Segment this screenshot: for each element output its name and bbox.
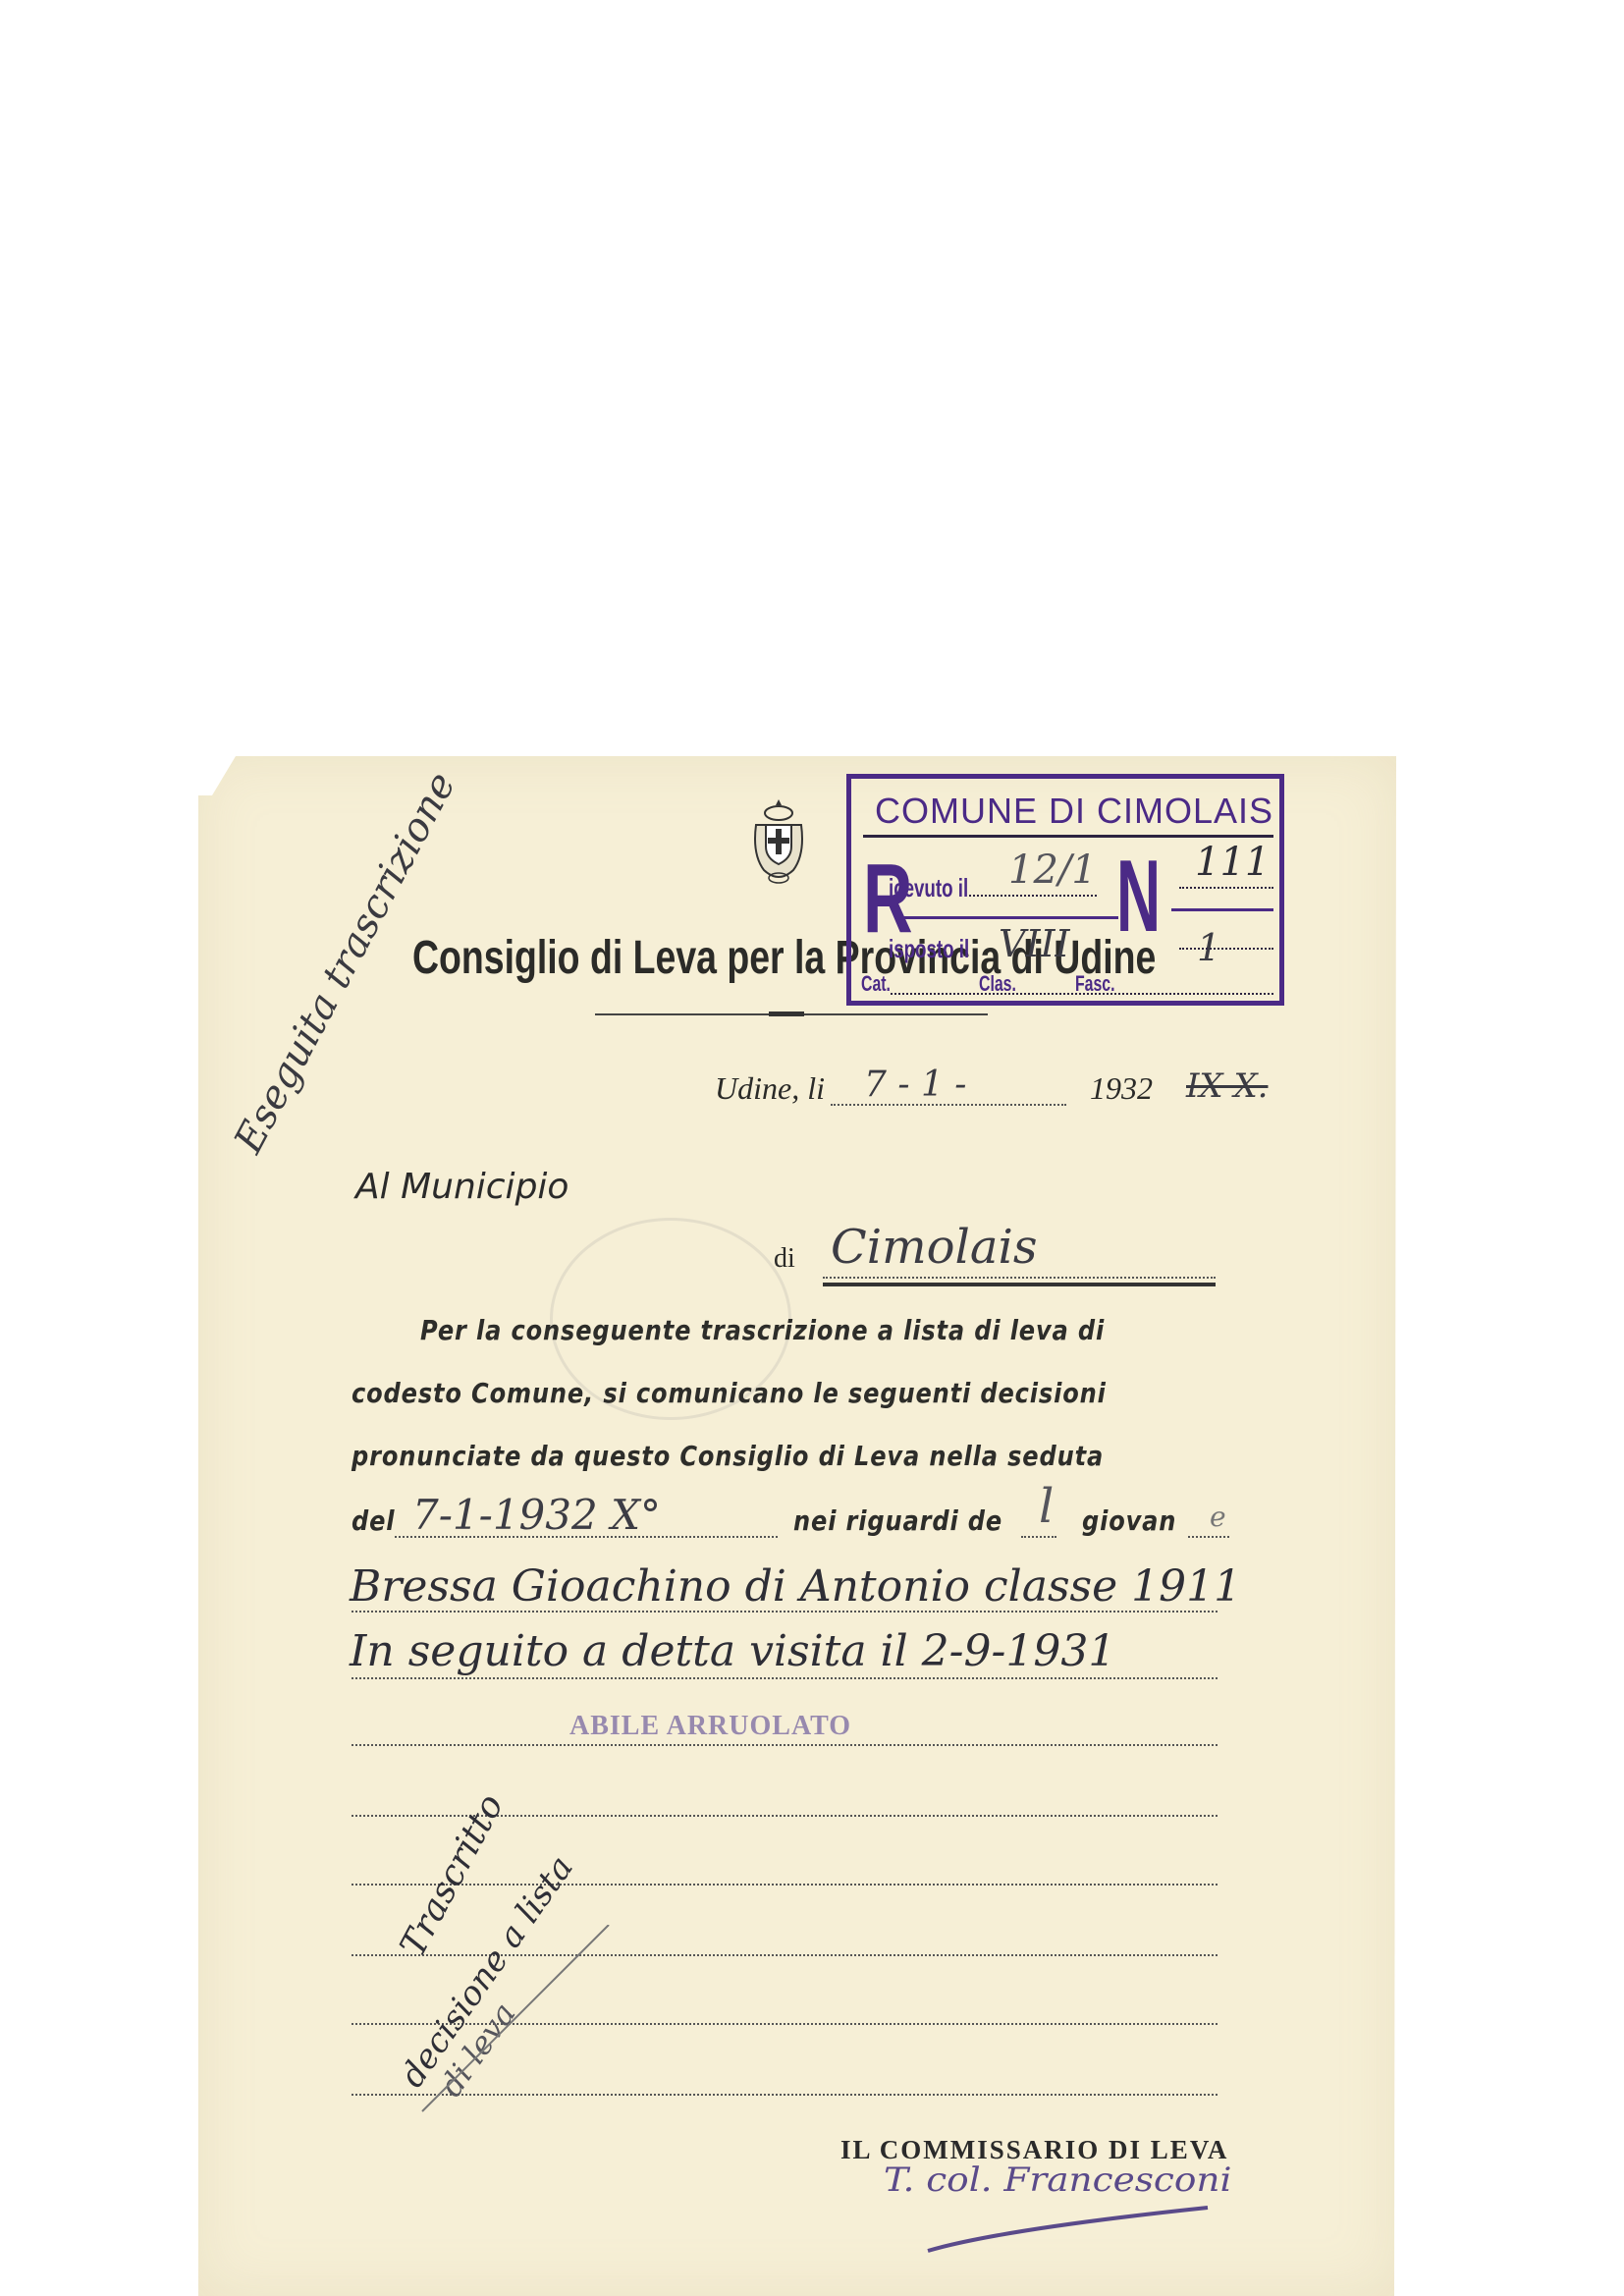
place-date-line: Udine, li [715,1070,825,1107]
body-line-3: pronunciate da questo Consiglio di Leva … [352,1440,1104,1472]
entry-line-1: Bressa Gioachino di Antonio classe 1911 [350,1561,1241,1612]
margin-note-stroke [412,1925,628,2121]
stamp-ricevuto-label: icevuto il [889,873,968,903]
stamp-ricevuto-line [969,895,1097,897]
signature: T. col. Francesconi [884,2160,1231,2200]
entry-dotline-2 [352,1677,1218,1679]
place-label: Udine, li [715,1070,825,1106]
municipality-dotline [823,1277,1216,1279]
entry-dotline-3 [352,1744,1218,1746]
date-era: IX X. [1186,1066,1268,1106]
municipality-value: Cimolais [831,1220,1037,1275]
giovan-label: giovan [1082,1504,1176,1537]
del-label: del [352,1504,395,1537]
stamp-mid-rule [896,916,1118,919]
stamp-n-line-2 [1179,948,1273,950]
stamp-risposto-label: isposto il [889,934,969,964]
decision-stamp: ABILE ARRUOLATO [569,1711,851,1742]
stamp-cat-label: Cat. [861,971,891,997]
reception-stamp: COMUNE DI CIMOLAIS R icevuto il 12/1 isp… [846,774,1284,1006]
entry-line-2: In seguito a detta visita il 2-9-1931 [350,1626,1115,1676]
stamp-rule [863,835,1273,838]
date-year: 1932 [1090,1070,1153,1107]
date-value: 7 - 1 - [864,1065,966,1105]
stamp-n-value: 111 [1195,840,1270,885]
riguardi-dotline [1021,1536,1056,1538]
stamp-n-line [1179,887,1273,889]
signature-flourish [923,2200,1218,2259]
body-line-1: Per la conseguente trascrizione a lista … [420,1314,1105,1346]
stamp-header: COMUNE DI CIMOLAIS [875,791,1273,832]
municipality-underline [823,1283,1216,1286]
stamp-letter-n: N [1116,846,1161,948]
giovan-suffix: e [1210,1501,1226,1533]
stamp-n-rule [1171,908,1273,911]
stamp-ricevuto-value: 12/1 [1008,847,1097,893]
riguardi-label: nei riguardi de [793,1504,1002,1537]
body-line-2: codesto Comune, si comunicano le seguent… [352,1377,1107,1409]
seduta-date: 7-1-1932 X° [412,1491,661,1539]
addressee-label: Al Municipio [355,1167,568,1207]
riguardi-value: l [1039,1479,1054,1534]
title-rule-mark [769,1011,804,1016]
entry-dotline-5 [352,1884,1218,1886]
di-label: di [774,1243,795,1275]
giovan-dotline [1188,1536,1229,1538]
savoy-crest-icon [750,795,807,886]
stamp-bottom-line [891,993,1273,995]
stamp-risposto-value: VIII [999,922,1069,965]
